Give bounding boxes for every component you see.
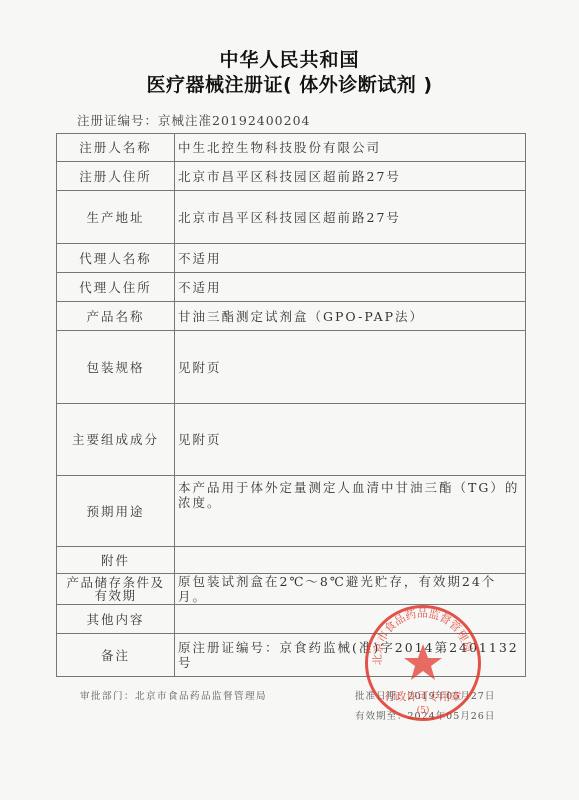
- row-value: 原包装试剂盒在2℃～8℃避光贮存，有效期24个月。: [175, 574, 526, 605]
- registration-number-line: 注册证编号：京械注准20192400204: [77, 111, 311, 129]
- row-value: 甘油三酯测定试剂盒（GPO-PAP法）: [175, 302, 526, 331]
- row-label: 产品名称: [57, 302, 175, 331]
- row-value: 不适用: [175, 244, 526, 273]
- row-label: 代理人住所: [57, 273, 175, 302]
- registration-number-label: 注册证编号：: [77, 113, 158, 128]
- document-title-certificate: 医疗器械注册证( 体外诊断试剂 ): [0, 70, 579, 97]
- approval-date: 批准日期：2019年05月27日: [355, 688, 495, 702]
- valid-until-date: 有效期至：2024年05月26日: [355, 708, 495, 722]
- registration-number-value: 京械注准20192400204: [158, 113, 310, 128]
- row-label: 代理人名称: [57, 244, 175, 273]
- row-value: 见附页: [175, 404, 526, 476]
- row-label: 包装规格: [57, 331, 175, 404]
- row-value: 见附页: [175, 331, 526, 404]
- row-value: 不适用: [175, 273, 526, 302]
- table-row-agent-name: 代理人名称 不适用: [57, 244, 526, 273]
- table-row-registrant-address: 注册人住所 北京市昌平区科技园区超前路27号: [57, 162, 526, 191]
- table-row-packaging: 包装规格 见附页: [57, 331, 526, 404]
- row-value: [175, 605, 526, 634]
- row-label: 注册人住所: [57, 162, 175, 191]
- row-label: 主要组成成分: [57, 404, 175, 476]
- row-label: 备注: [57, 634, 175, 677]
- table-row-intended-use: 预期用途 本产品用于体外定量测定人血清中甘油三酯（TG）的浓度。: [57, 476, 526, 547]
- table-row-remarks: 备注 原注册证编号：京食药监械(准)字2014第2401132号: [57, 634, 526, 677]
- table-row-production-address: 生产地址 北京市昌平区科技园区超前路27号: [57, 191, 526, 244]
- table-row-storage: 产品储存条件及有效期 原包装试剂盒在2℃～8℃避光贮存，有效期24个月。: [57, 574, 526, 605]
- row-value: 原注册证编号：京食药监械(准)字2014第2401132号: [175, 634, 526, 677]
- row-label: 预期用途: [57, 476, 175, 547]
- row-label: 注册人名称: [57, 134, 175, 162]
- row-label: 产品储存条件及有效期: [57, 574, 175, 605]
- certificate-table: 注册人名称 中生北控生物科技股份有限公司 注册人住所 北京市昌平区科技园区超前路…: [56, 133, 526, 677]
- row-value: 本产品用于体外定量测定人血清中甘油三酯（TG）的浓度。: [175, 476, 526, 547]
- table-row-other: 其他内容: [57, 605, 526, 634]
- row-value: 北京市昌平区科技园区超前路27号: [175, 191, 526, 244]
- row-label: 其他内容: [57, 605, 175, 634]
- table-row-registrant-name: 注册人名称 中生北控生物科技股份有限公司: [57, 134, 526, 162]
- approval-department: 审批部门：北京市食品药品监督管理局: [80, 688, 267, 702]
- table-row-product-name: 产品名称 甘油三酯测定试剂盒（GPO-PAP法）: [57, 302, 526, 331]
- document-title-country: 中华人民共和国: [0, 45, 579, 72]
- table-row-main-components: 主要组成成分 见附页: [57, 404, 526, 476]
- table-row-attachments: 附件: [57, 547, 526, 574]
- row-label: 附件: [57, 547, 175, 574]
- table-row-agent-address: 代理人住所 不适用: [57, 273, 526, 302]
- row-value: [175, 547, 526, 574]
- row-value: 北京市昌平区科技园区超前路27号: [175, 162, 526, 191]
- row-label: 生产地址: [57, 191, 175, 244]
- row-value: 中生北控生物科技股份有限公司: [175, 134, 526, 162]
